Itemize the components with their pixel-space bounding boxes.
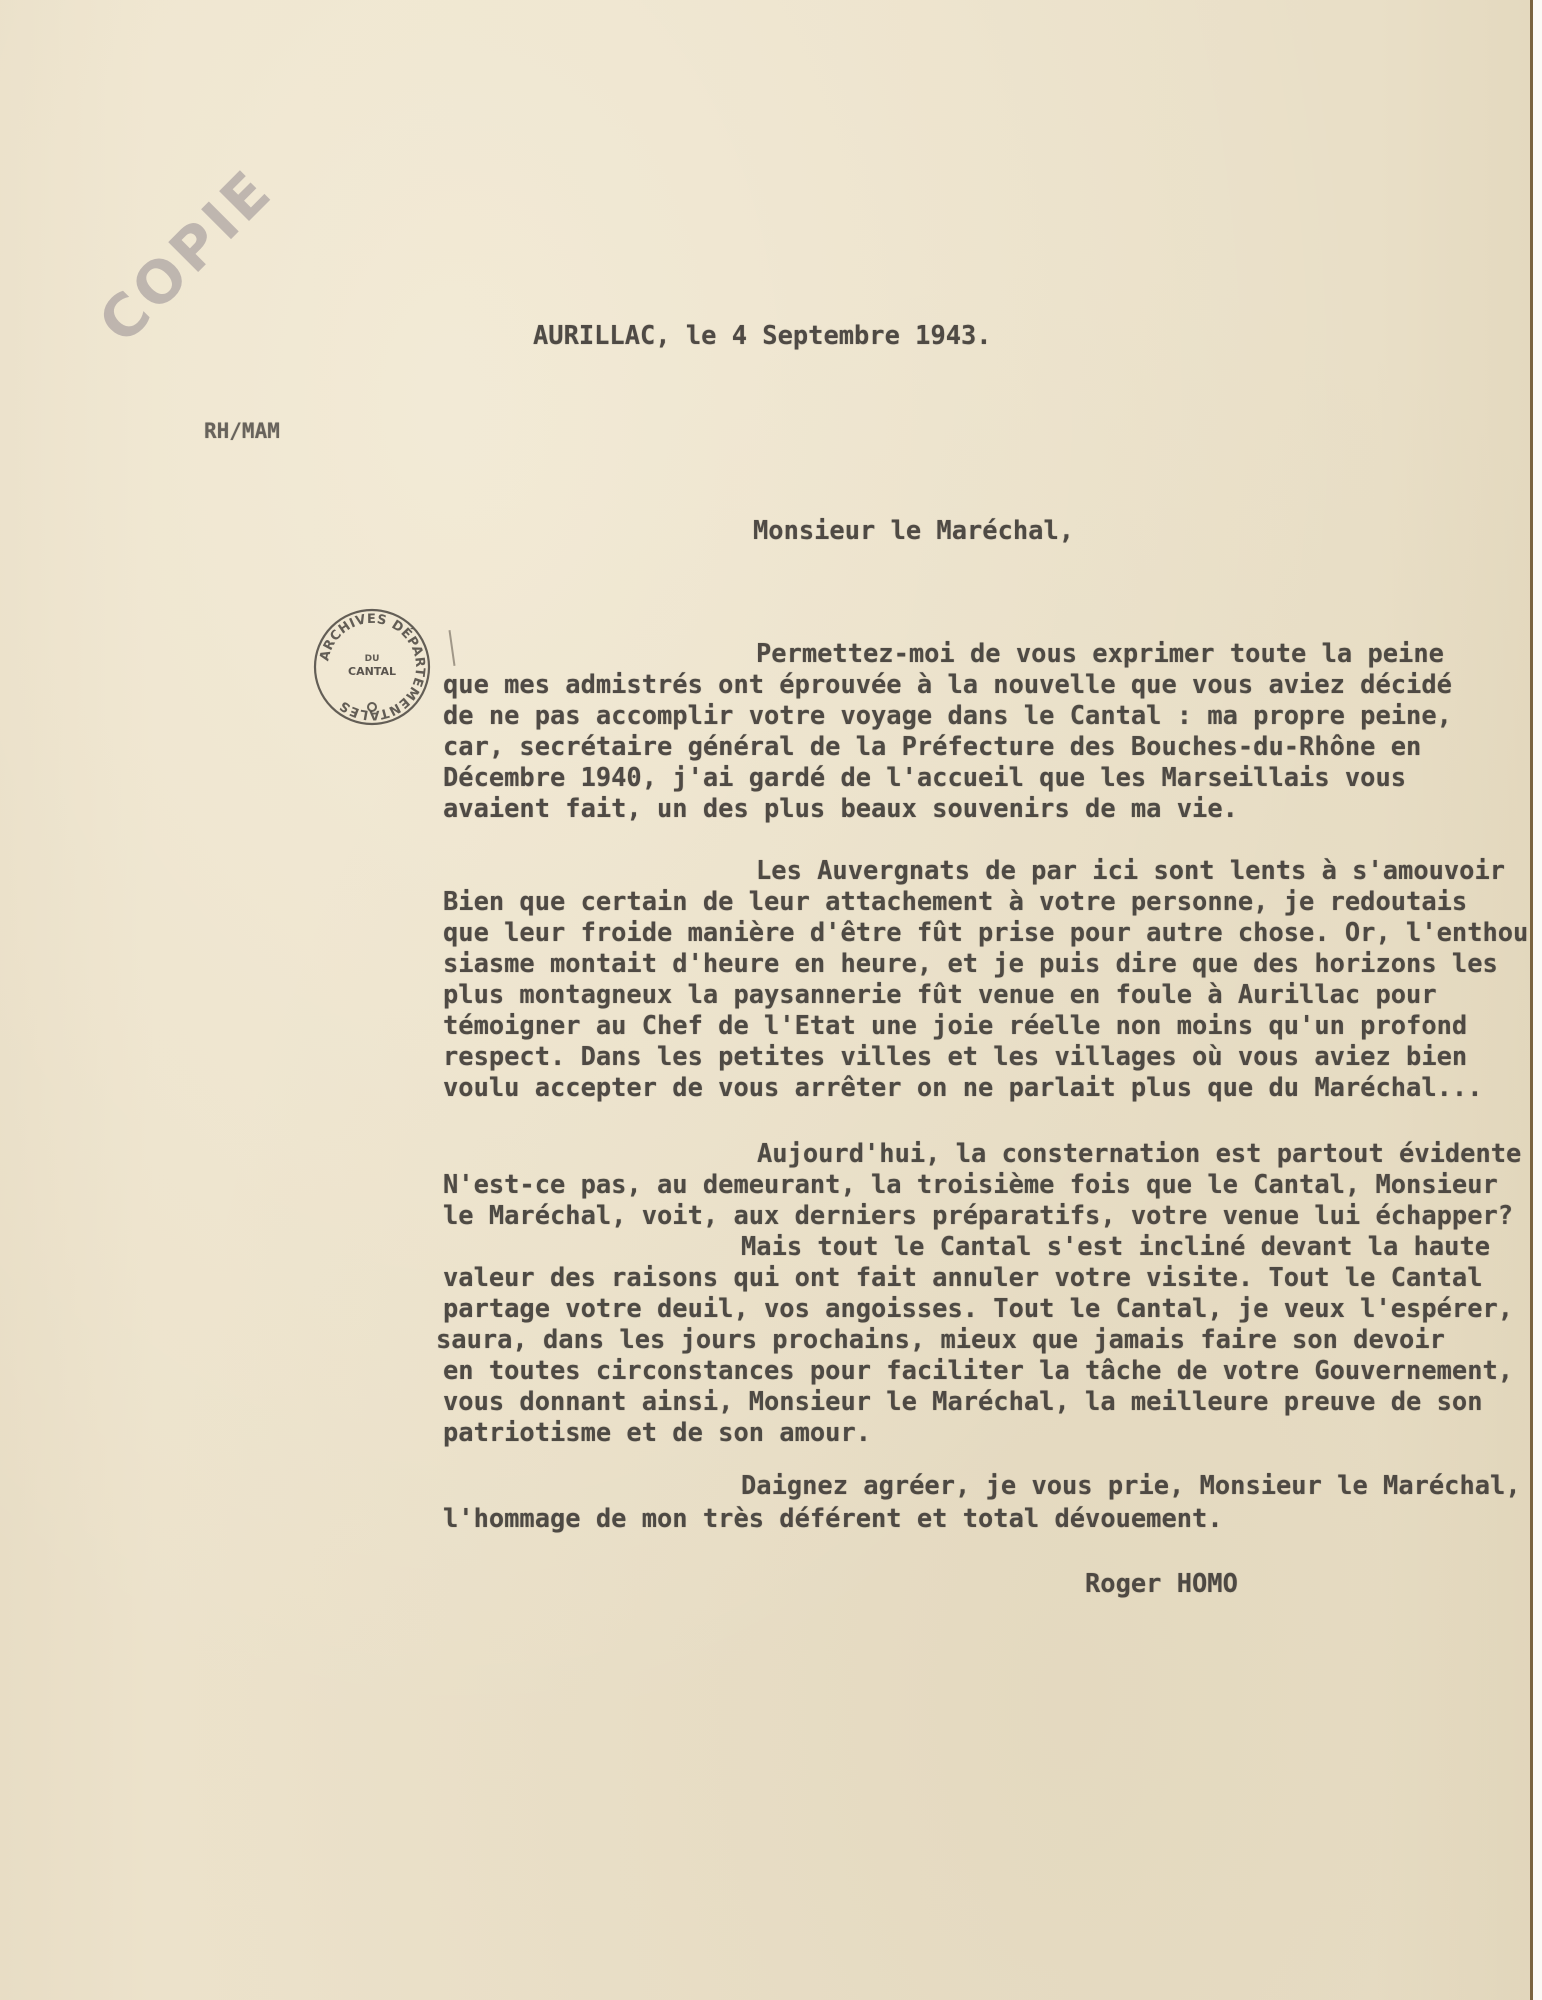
paragraph-line: Décembre 1940, j'ai gardé de l'accueil q… <box>443 764 1406 790</box>
paragraph-line: avaient fait, un des plus beaux souvenir… <box>443 795 1238 821</box>
paragraph-line: de ne pas accomplir votre voyage dans le… <box>443 702 1452 728</box>
paragraph-line: saura, dans les jours prochains, mieux q… <box>436 1326 1445 1352</box>
paragraph-line: car, secrétaire général de la Préfecture… <box>443 733 1421 759</box>
stamp-center-top: DU <box>365 654 380 664</box>
paragraph-line: témoigner au Chef de l'Etat une joie rée… <box>443 1012 1467 1038</box>
reference-initials: RH/MAM <box>204 418 280 444</box>
paragraph-line: Les Auvergnats de par ici sont lents à s… <box>756 857 1505 883</box>
paragraph-line: en toutes circonstances pour faciliter l… <box>443 1357 1513 1383</box>
paragraph-line: valeur des raisons qui ont fait annuler … <box>443 1264 1482 1290</box>
signature: Roger HOMO <box>1085 1570 1238 1596</box>
paragraph-line: plus montagneux la paysannerie fût venue… <box>443 981 1437 1007</box>
paragraph-line: Bien que certain de leur attachement à v… <box>443 888 1467 914</box>
paragraph-line: N'est-ce pas, au demeurant, la troisième… <box>443 1171 1498 1197</box>
paragraph-line: siasme montait d'heure en heure, et je p… <box>443 950 1498 976</box>
paragraph-line: Daignez agréer, je vous prie, Monsieur l… <box>741 1472 1521 1498</box>
pen-mark <box>449 630 456 666</box>
stamp-center-bottom: CANTAL <box>348 665 396 678</box>
archive-seal-icon: ARCHIVES DÉPARTEMENTALES DU CANTAL <box>312 607 432 727</box>
paragraph-line: que mes admistrés ont éprouvée à la nouv… <box>443 671 1452 697</box>
paragraph-line: que leur froide manière d'être fût prise… <box>443 919 1528 945</box>
paragraph-line: le Maréchal, voit, aux derniers préparat… <box>443 1202 1513 1228</box>
paragraph-line: patriotisme et de son amour. <box>443 1419 871 1445</box>
paragraph-line: l'hommage de mon très déférent et total … <box>443 1505 1223 1531</box>
paragraph-line: Permettez-moi de vous exprimer toute la … <box>756 640 1444 666</box>
dateline: AURILLAC, le 4 Septembre 1943. <box>533 322 992 348</box>
salutation: Monsieur le Maréchal, <box>753 517 1074 543</box>
copy-stamp: COPIE <box>86 156 287 357</box>
paragraph-line: respect. Dans les petites villes et les … <box>443 1043 1467 1069</box>
letter-page: COPIE ARCHIVES DÉPARTEMENTALES DU CANTAL… <box>0 0 1533 2000</box>
archives-cantal-stamp: ARCHIVES DÉPARTEMENTALES DU CANTAL <box>312 607 432 727</box>
paragraph-line: Mais tout le Cantal s'est incliné devant… <box>741 1233 1490 1259</box>
paragraph-line: voulu accepter de vous arrêter on ne par… <box>443 1074 1482 1100</box>
paragraph-line: Aujourd'hui, la consternation est partou… <box>757 1140 1521 1166</box>
paragraph-line: partage votre deuil, vos angoisses. Tout… <box>443 1295 1513 1321</box>
paragraph-line: vous donnant ainsi, Monsieur le Maréchal… <box>443 1388 1482 1414</box>
